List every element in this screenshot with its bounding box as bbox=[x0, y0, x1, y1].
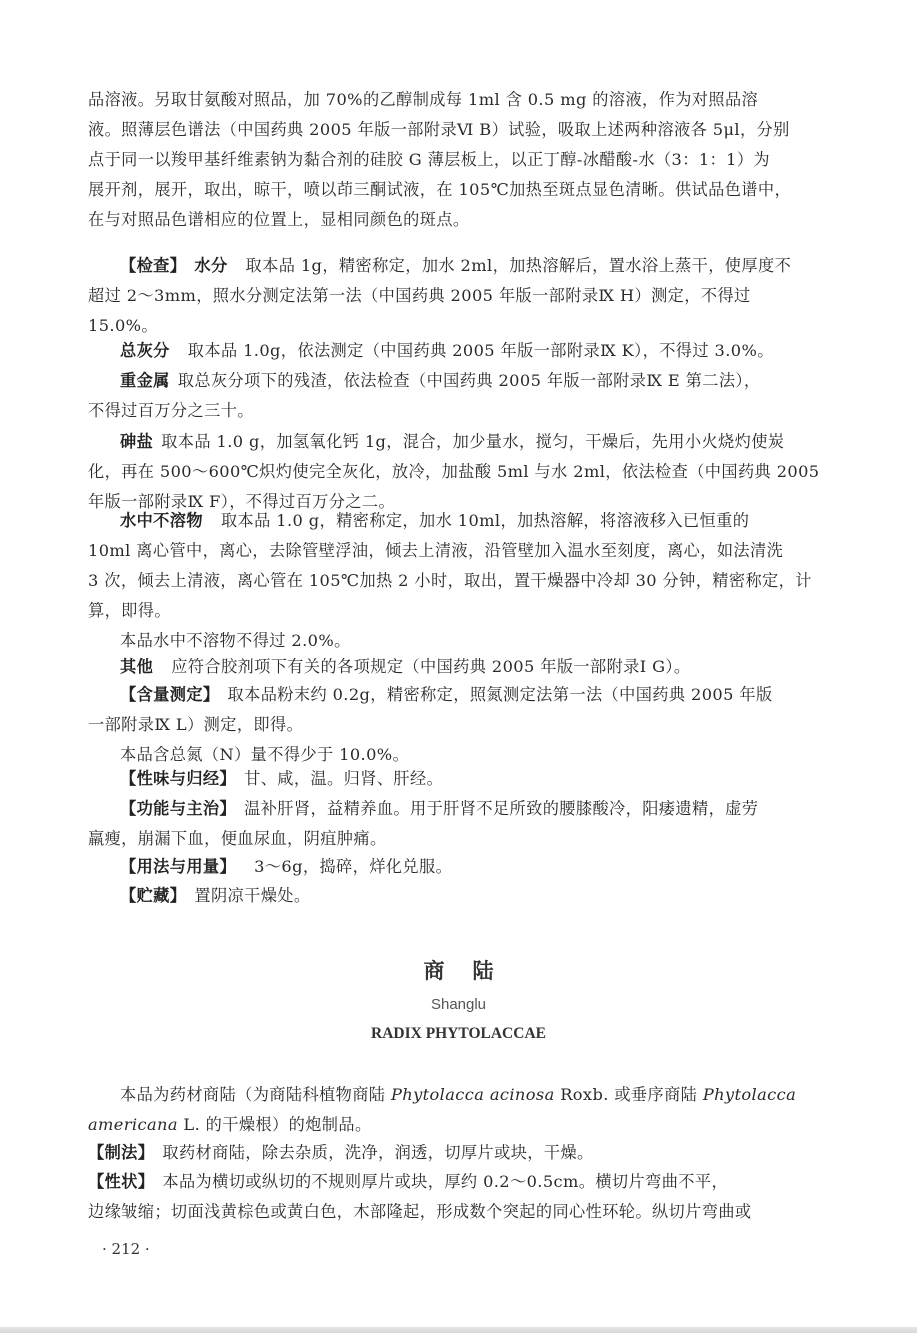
text-line: 一部附录Ⅸ L）测定，即得。 bbox=[88, 710, 854, 740]
section-processing: 【制法】取药材商陆，除去杂质，洗净，润透，切厚片或块，干燥。 bbox=[88, 1138, 854, 1168]
text: 取本品 1.0 g，加氢氧化钙 1g，混合，加少量水，搅匀，干燥后，先用小火烧灼… bbox=[161, 432, 784, 451]
section-heading: 【性状】 bbox=[88, 1172, 154, 1191]
entry-intro: 本品为药材商陆（为商陆科植物商陆 Phytolacca acinosa Roxb… bbox=[88, 1080, 854, 1140]
latin-genus-name: Phytolacca bbox=[703, 1085, 796, 1104]
section-storage: 【贮藏】置阴凉干燥处。 bbox=[88, 881, 854, 911]
text: 甘、咸，温。归肾、肝经。 bbox=[244, 769, 443, 788]
section-description: 【性状】本品为横切或纵切的不规则厚片或块，厚约 0.2～0.5cm。横切片弯曲不… bbox=[88, 1167, 854, 1227]
section-heading: 【含量测定】 bbox=[120, 685, 220, 704]
text: L. 的干燥根）的炮制品。 bbox=[178, 1115, 372, 1134]
text: 取本品 1.0g，依法测定（中国药典 2005 年版一部附录Ⅸ K），不得过 3… bbox=[188, 341, 774, 360]
section-usage-dosage: 【用法与用量】3～6g，捣碎，烊化兑服。 bbox=[88, 852, 854, 882]
latin-species-name: Phytolacca acinosa bbox=[391, 1085, 555, 1104]
text: 置阴凉干燥处。 bbox=[194, 886, 310, 905]
subsection-heading: 水中不溶物 bbox=[120, 511, 203, 530]
text-line: 不得过百万分之三十。 bbox=[88, 396, 854, 426]
text-line: 点于同一以羧甲基纤维素钠为黏合剂的硅胶 G 薄层板上，以正丁醇-冰醋酸-水（3：… bbox=[88, 145, 854, 175]
section-total-ash: 总灰分取本品 1.0g，依法测定（中国药典 2005 年版一部附录Ⅸ K），不得… bbox=[88, 336, 854, 366]
subsection-heading: 其他 bbox=[120, 657, 153, 676]
subsection-heading: 水分 bbox=[194, 256, 227, 275]
section-inspection: 【检查】水分取本品 1g，精密称定，加水 2ml，加热溶解后，置水浴上蒸干，使厚… bbox=[88, 251, 854, 341]
latin-species-epithet: americana bbox=[88, 1115, 178, 1134]
section-arsenic: 砷盐取本品 1.0 g，加氢氧化钙 1g，混合，加少量水，搅匀，干燥后，先用小火… bbox=[88, 427, 854, 517]
entry-title-latin: RADIX PHYTOLACCAE bbox=[0, 1025, 917, 1043]
text: Roxb. 或垂序商陆 bbox=[555, 1085, 703, 1104]
text-line: 超过 2～3mm，照水分测定法第一法（中国药典 2005 年版一部附录Ⅸ H）测… bbox=[88, 281, 854, 311]
subsection-heading: 总灰分 bbox=[120, 341, 170, 360]
entry-title-chinese: 商陆 bbox=[0, 955, 917, 985]
text: 取药材商陆，除去杂质，洗净，润透，切厚片或块，干燥。 bbox=[162, 1143, 593, 1162]
identification-continuation: 品溶液。另取甘氨酸对照品，加 70%的乙醇制成每 1ml 含 0.5 mg 的溶… bbox=[88, 85, 854, 235]
section-heading: 【功能与主治】 bbox=[120, 799, 236, 818]
text-line: 算，即得。 bbox=[88, 596, 854, 626]
section-heading: 【检查】 bbox=[120, 256, 186, 275]
page-number: · 212 · bbox=[102, 1240, 150, 1258]
text: 本品为药材商陆（为商陆科植物商陆 bbox=[120, 1085, 391, 1104]
entry-title-pinyin: Shanglu bbox=[0, 996, 917, 1013]
subsection-heading: 砷盐 bbox=[120, 432, 153, 451]
text: 本品为横切或纵切的不规则厚片或块，厚约 0.2～0.5cm。横切片弯曲不平， bbox=[162, 1172, 728, 1191]
text-line: 边缘皱缩；切面浅黄棕色或黄白色，木部隆起，形成数个突起的同心性环轮。纵切片弯曲或 bbox=[88, 1197, 854, 1227]
text-line: 3 次，倾去上清液，离心管在 105℃加热 2 小时，取出，置干燥器中冷却 30… bbox=[88, 566, 854, 596]
text-line: 化，再在 500～600℃炽灼使完全灰化，放冷，加盐酸 5ml 与水 2ml，依… bbox=[88, 457, 854, 487]
text-line: 液。照薄层色谱法（中国药典 2005 年版一部附录Ⅵ B）试验，吸取上述两种溶液… bbox=[88, 115, 854, 145]
text-line: 在与对照品色谱相应的位置上，显相同颜色的斑点。 bbox=[88, 205, 854, 235]
subsection-heading: 重金属 bbox=[120, 371, 170, 390]
section-heading: 【制法】 bbox=[88, 1143, 154, 1162]
text: 取本品粉末约 0.2g，精密称定，照氮测定法第一法（中国药典 2005 年版 bbox=[228, 685, 773, 704]
text: 取本品 1.0 g，精密称定，加水 10ml，加热溶解，将溶液移入已恒重的 bbox=[221, 511, 749, 530]
section-assay: 【含量测定】取本品粉末约 0.2g，精密称定，照氮测定法第一法（中国药典 200… bbox=[88, 680, 854, 770]
text-line: 羸瘦，崩漏下血，便血尿血，阴疽肿痛。 bbox=[88, 824, 854, 854]
text-line: 品溶液。另取甘氨酸对照品，加 70%的乙醇制成每 1ml 含 0.5 mg 的溶… bbox=[88, 85, 854, 115]
section-heading: 【用法与用量】 bbox=[120, 857, 236, 876]
page-bottom-edge bbox=[0, 1327, 917, 1333]
text: 应符合胶剂项下有关的各项规定（中国药典 2005 年版一部附录Ⅰ G）。 bbox=[171, 657, 690, 676]
section-other: 其他应符合胶剂项下有关的各项规定（中国药典 2005 年版一部附录Ⅰ G）。 bbox=[88, 652, 854, 682]
book-page: 品溶液。另取甘氨酸对照品，加 70%的乙醇制成每 1ml 含 0.5 mg 的溶… bbox=[0, 0, 917, 1333]
section-function-indication: 【功能与主治】温补肝肾，益精养血。用于肝肾不足所致的腰膝酸冷，阳痿遗精，虚劳 羸… bbox=[88, 794, 854, 854]
section-property-meridian: 【性味与归经】甘、咸，温。归肾、肝经。 bbox=[88, 764, 854, 794]
section-heading: 【贮藏】 bbox=[120, 886, 186, 905]
text-line: 展开剂，展开，取出，晾干，喷以茚三酮试液，在 105℃加热至斑点显色清晰。供试品… bbox=[88, 175, 854, 205]
text: 3～6g，捣碎，烊化兑服。 bbox=[254, 857, 452, 876]
text-line: 10ml 离心管中，离心，去除管壁浮油，倾去上清液，沿管壁加入温水至刻度，离心，… bbox=[88, 536, 854, 566]
section-heavy-metal: 重金属取总灰分项下的残渣，依法检查（中国药典 2005 年版一部附录Ⅸ E 第二… bbox=[88, 366, 854, 426]
section-water-insoluble: 水中不溶物取本品 1.0 g，精密称定，加水 10ml，加热溶解，将溶液移入已恒… bbox=[88, 506, 854, 656]
section-heading: 【性味与归经】 bbox=[120, 769, 236, 788]
text: 取本品 1g，精密称定，加水 2ml，加热溶解后，置水浴上蒸干，使厚度不 bbox=[246, 256, 792, 275]
text: 取总灰分项下的残渣，依法检查（中国药典 2005 年版一部附录Ⅸ E 第二法）， bbox=[178, 371, 761, 390]
text: 温补肝肾，益精养血。用于肝肾不足所致的腰膝酸冷，阳痿遗精，虚劳 bbox=[244, 799, 758, 818]
